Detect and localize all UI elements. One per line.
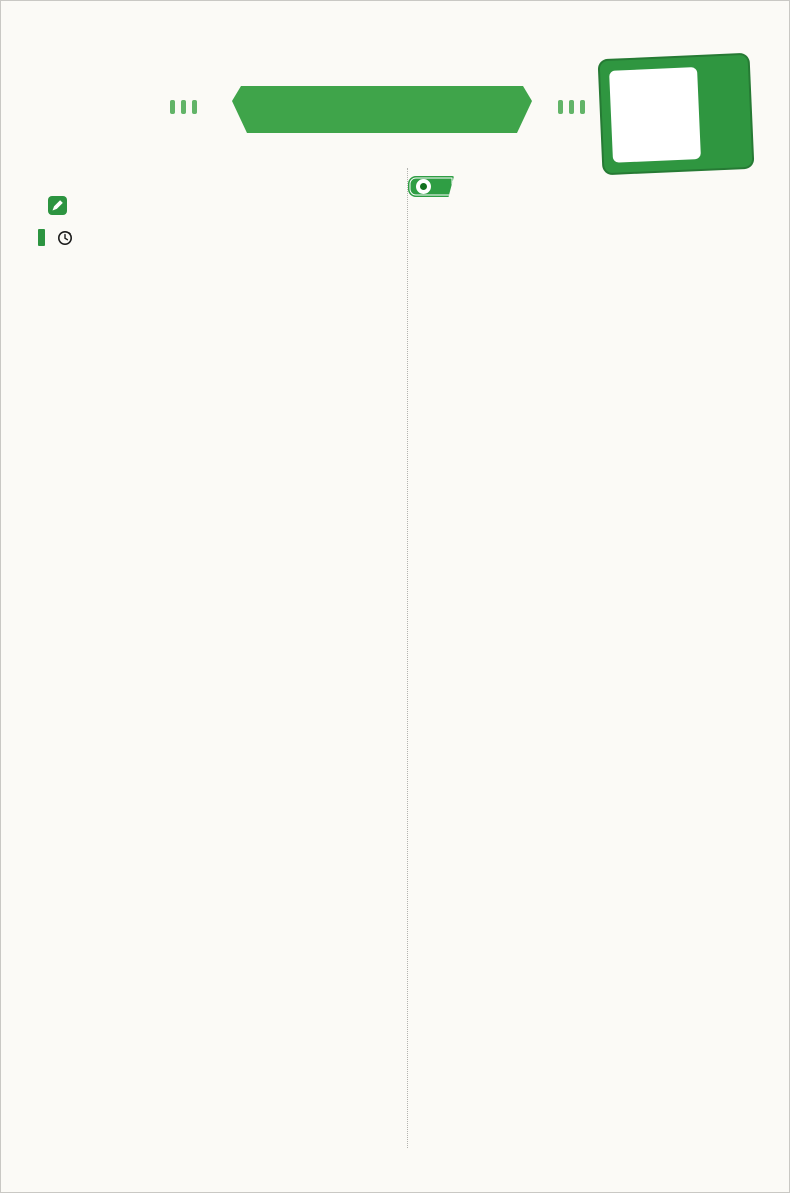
left-column xyxy=(48,168,395,1148)
practice-bar-icon xyxy=(38,229,45,246)
banner-dashes-left xyxy=(170,100,197,114)
qr-code xyxy=(609,67,701,163)
banner-dashes-right xyxy=(558,100,585,114)
qr-block xyxy=(600,55,753,173)
right-column xyxy=(407,168,762,1148)
homework-icon xyxy=(48,196,67,215)
practice-header xyxy=(38,229,395,246)
chapter-banner xyxy=(232,86,532,133)
warning-dot-icon xyxy=(416,179,431,194)
homework-header xyxy=(48,196,395,215)
clock-icon xyxy=(57,230,73,246)
error-warning-box xyxy=(408,176,762,197)
warning-header xyxy=(408,176,762,197)
warning-tag xyxy=(408,176,454,197)
content xyxy=(0,168,790,1148)
workbook-page xyxy=(0,0,790,1193)
